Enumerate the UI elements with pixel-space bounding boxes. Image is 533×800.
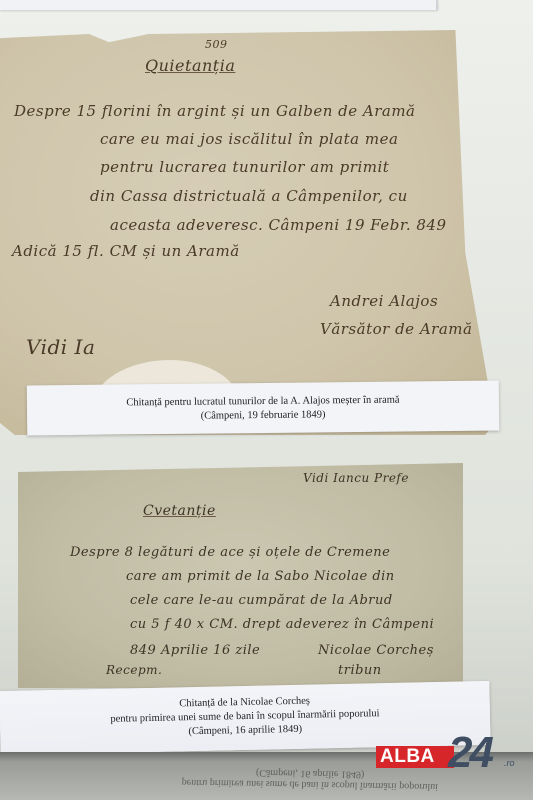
document-title: Cvetanție [143,503,216,519]
receipt-document-corches: Cvetanție Vidi Iancu Prefe Despre 8 legă… [18,463,463,688]
summary-line: Adică 15 fl. CM și un Aramă [12,242,240,260]
signature: Nicolae Corcheș [318,643,434,658]
visa-note: Vidi Ia [26,335,95,359]
logo-number: 24 [448,728,491,778]
signature-title: tribun [338,663,382,678]
text-line: care am primit de la Sabo Nicolae din [126,569,395,584]
visa-note: Vidi Iancu Prefe [303,471,409,485]
text-line: Despre 8 legături de ace și oțele de Cre… [70,545,390,560]
text-line: cu 5 f 40 x CM. drept adeverez în Câmpen… [130,617,434,632]
document-title: Quietanția [145,56,235,75]
text-line: care eu mai jos iscălitul în plata mea [100,130,398,148]
text-line: pentru lucrarea tunurilor am primit [100,158,389,176]
text-line: Despre 15 florini în argint și un Galben… [14,102,416,120]
receipt-document-alajos: 509 Quietanția Despre 15 florini în argi… [0,30,495,435]
logo-brand: ALBA [376,746,454,768]
logo-tld: .ro [504,758,515,768]
signature-title: Vărsător de Aramă [320,320,472,338]
text-line: din Cassa districtuală a Câmpenilor, cu [90,187,408,205]
signature: Andrei Alajos [330,292,438,310]
annotation: Recepm. [106,663,162,677]
text-line: cele care le-au cumpărat de la Abrud [130,593,393,608]
text-line: aceasta adeveresc. Câmpeni 19 Febr. 849 [110,216,447,234]
alba24-watermark-logo: ALBA 24 .ro [376,736,526,772]
page-number: 509 [205,38,228,51]
caption-label-1: Chitanță pentru lucratul tunurilor de la… [27,381,499,436]
text-line: 849 Aprilie 16 zile [130,643,260,658]
top-caption-edge [0,0,438,10]
